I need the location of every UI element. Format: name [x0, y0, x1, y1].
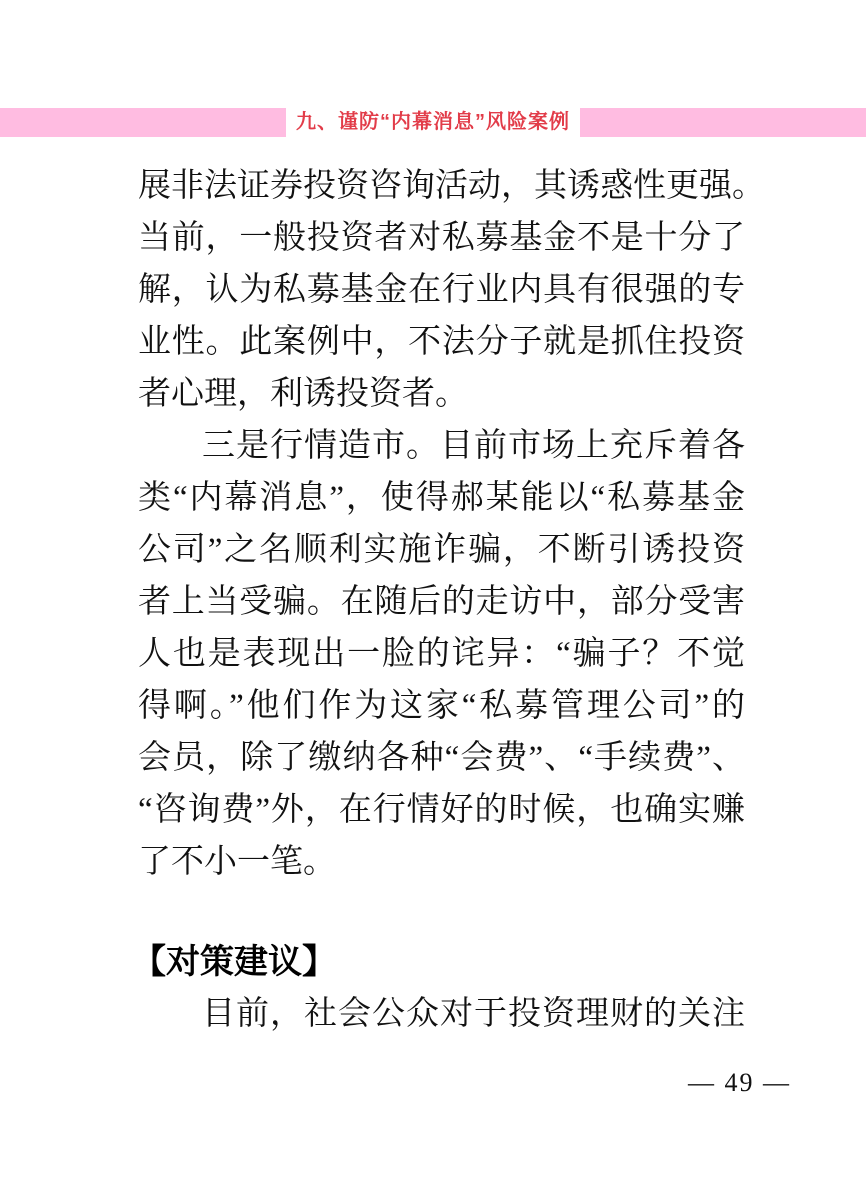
text-line: 当前，一般投资者对私募基金不是十分了 [138, 212, 745, 264]
book-page: 九、谨防“内幕消息”风险案例 展非法证券投资咨询活动，其诱惑性更强。 当前，一般… [0, 0, 866, 1189]
text-line: 公司”之名顺利实施诈骗，不断引诱投资 [138, 524, 745, 576]
chapter-title: 九、谨防“内幕消息”风险案例 [286, 108, 580, 137]
chapter-header-band: 九、谨防“内幕消息”风险案例 [0, 108, 866, 137]
text-line: 业性。此案例中，不法分子就是抓住投资 [138, 316, 745, 368]
text-line: 三是行情造市。目前市场上充斥着各 [138, 420, 745, 472]
text-line: 得啊。”他们作为这家“私募管理公司”的 [138, 680, 745, 732]
text-line: 者心理，利诱投资者。 [138, 368, 745, 420]
text-line: 解，认为私募基金在行业内具有很强的专 [138, 264, 745, 316]
page-number: — 49 — [688, 1068, 791, 1098]
text-line: 目前，社会公众对于投资理财的关注 [138, 988, 745, 1040]
section-gap [138, 888, 745, 936]
text-line: 类“内幕消息”，使得郝某能以“私募基金 [138, 472, 745, 524]
section-heading: 【对策建议】 [132, 936, 745, 988]
text-line: 展非法证券投资咨询活动，其诱惑性更强。 [138, 160, 745, 212]
text-line: “咨询费”外，在行情好的时候，也确实赚 [138, 784, 745, 836]
page-body: 展非法证券投资咨询活动，其诱惑性更强。 当前，一般投资者对私募基金不是十分了 解… [138, 160, 745, 1040]
text-line: 会员，除了缴纳各种“会费”、“手续费”、 [138, 732, 745, 784]
text-line: 人也是表现出一脸的诧异：“骗子？不觉 [138, 628, 745, 680]
text-line: 了不小一笔。 [138, 836, 745, 888]
text-line: 者上当受骗。在随后的走访中，部分受害 [138, 576, 745, 628]
